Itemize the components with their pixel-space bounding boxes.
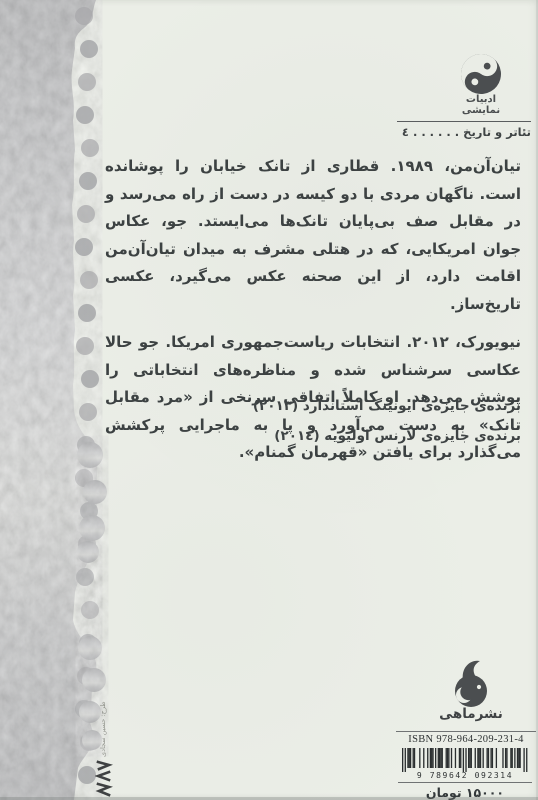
- series-title-line: تئاتر و تاریخ . . . . . . ٤: [388, 125, 531, 139]
- designer-credit: طرح: حسین سجادی: [99, 687, 107, 757]
- book-back-cover: ادبیات نمایشی تئاتر و تاریخ . . . . . . …: [0, 0, 538, 800]
- imprint-name: ادبیات نمایشی: [441, 94, 521, 116]
- series-rule: [397, 121, 531, 122]
- award-line-2: برنده‌ی جایزه‌ی لارنس اولیویه (۲۰۱٤): [105, 421, 521, 451]
- torn-edge-band: [0, 0, 120, 800]
- award-line-1: برنده‌ی جایزه‌ی ایونینگ استاندارد (۲۰۱۳): [105, 391, 521, 421]
- imprint-line1: ادبیات: [441, 94, 521, 105]
- synopsis-paragraph-1: تیان‌آن‌من، ۱۹۸۹. قطاری از تانک خیابان ر…: [105, 153, 521, 318]
- publisher-name: نشرماهی: [430, 706, 512, 722]
- isbn-rule-top: [396, 731, 536, 732]
- imprint-line2: نمایشی: [441, 105, 521, 116]
- designer-signature-icon: [95, 758, 113, 798]
- awards-block: برنده‌ی جایزه‌ی ایونینگ استاندارد (۲۰۱۳)…: [105, 391, 521, 451]
- barcode-digits: 9 789642 092314: [398, 771, 532, 780]
- isbn-rule-bottom: [398, 782, 532, 783]
- series-logo-icon: [459, 52, 503, 96]
- isbn-label: ISBN 978-964-209-231-4: [396, 734, 536, 745]
- publisher-fish-icon: [446, 656, 498, 708]
- barcode: [402, 748, 530, 772]
